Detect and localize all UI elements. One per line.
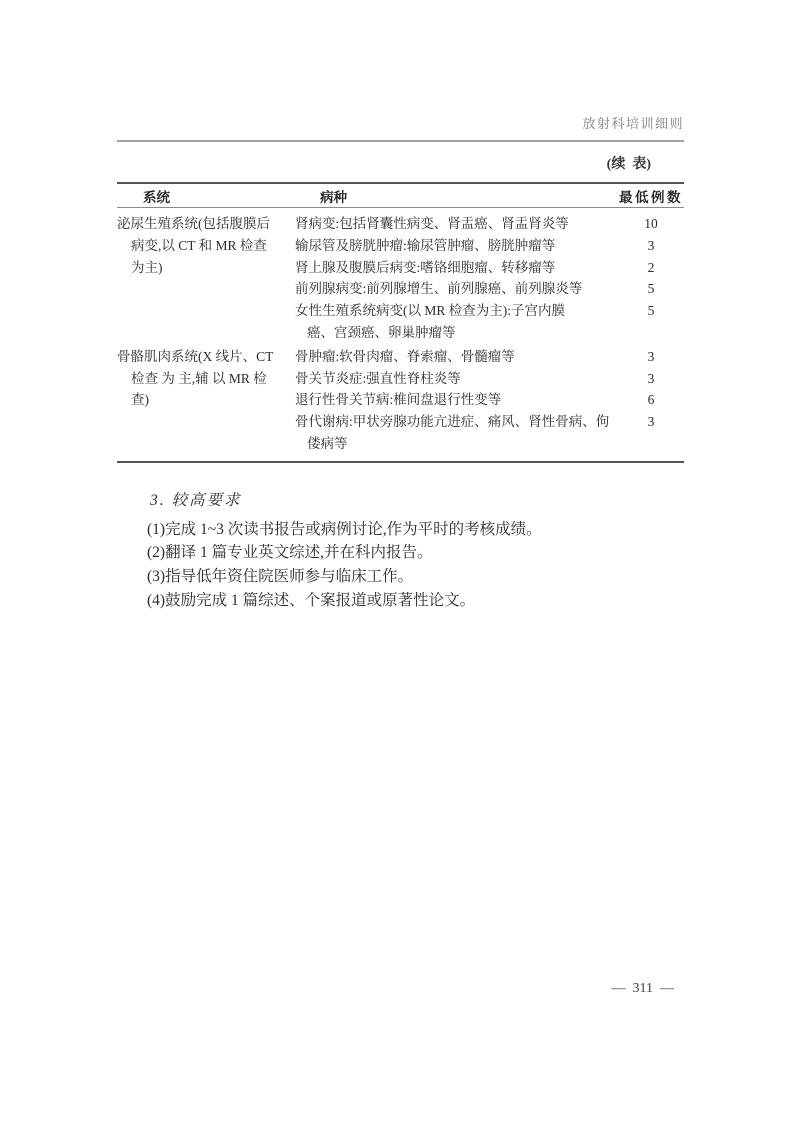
table-row: 输尿管及膀胱肿瘤:输尿管肿瘤、膀胱肿瘤等 3: [295, 235, 684, 257]
page-number: — 311 —: [612, 981, 674, 997]
table-row: 退行性骨关节病:椎间盘退行性变等 6: [295, 389, 684, 411]
disease-cell: 前列腺病变:前列腺增生、前列腺癌、前列腺炎等: [295, 278, 618, 300]
min-cases-cell: 10: [618, 213, 684, 235]
min-cases-cell: 2: [618, 257, 684, 279]
continued-table-label: (续 表): [117, 156, 684, 173]
running-header-text: 放射科培训细则: [582, 116, 684, 131]
section-heading: 3. 较高要求: [117, 492, 684, 509]
disease-cell: 女性生殖系统病变(以 MR 检查为主):子宫内膜 癌、宫颈癌、卵巢肿瘤等: [295, 300, 618, 344]
min-cases-cell: 6: [618, 389, 684, 411]
column-header-min-cases: 最低例数: [619, 186, 684, 206]
table-row: 肾上腺及腹膜后病变:嗜铬细胞瘤、转移瘤等 2: [295, 257, 684, 279]
requirement-item: (4)鼓励完成 1 篇综述、个案报道或原著性论文。: [117, 589, 684, 613]
column-header-disease: 病种: [295, 186, 619, 206]
system-cell: 泌尿生殖系统(包括腹膜后 病变,以 CT 和 MR 检查 为主): [117, 213, 295, 344]
min-cases-cell: 3: [618, 346, 684, 368]
table-group-musculoskeletal: 骨骼肌肉系统(X 线片、CT 检查 为 主,辅 以 MR 检 查) 骨肿瘤:软骨…: [117, 344, 684, 461]
table-group-urogenital: 泌尿生殖系统(包括腹膜后 病变,以 CT 和 MR 检查 为主) 肾病变:包括肾…: [117, 208, 684, 344]
requirements-section: 3. 较高要求 (1)完成 1~3 次读书报告或病例讨论,作为平时的考核成绩。 …: [117, 492, 684, 613]
column-header-system: 系统: [117, 186, 295, 206]
min-cases-cell: 5: [618, 278, 684, 300]
disease-cell: 骨肿瘤:软骨肉瘤、脊索瘤、骨髓瘤等: [295, 346, 618, 368]
table-row: 肾病变:包括肾囊性病变、肾盂癌、肾盂肾炎等 10: [295, 213, 684, 235]
running-header: 放射科培训细则: [117, 0, 684, 142]
requirement-item: (2)翻译 1 篇专业英文综述,并在科内报告。: [117, 541, 684, 565]
table-row: 骨代谢病:甲状旁腺功能亢进症、痛风、肾性骨病、佝 偻病等 3: [295, 411, 684, 455]
disease-cell: 骨关节炎症:强直性脊柱炎等: [295, 368, 618, 390]
table-row: 骨肿瘤:软骨肉瘤、脊索瘤、骨髓瘤等 3: [295, 346, 684, 368]
table-body: 泌尿生殖系统(包括腹膜后 病变,以 CT 和 MR 检查 为主) 肾病变:包括肾…: [117, 208, 684, 461]
min-cases-cell: 5: [618, 300, 684, 322]
min-cases-cell: 3: [618, 235, 684, 257]
table-row: 骨关节炎症:强直性脊柱炎等 3: [295, 368, 684, 390]
disease-cell: 退行性骨关节病:椎间盘退行性变等: [295, 389, 618, 411]
table-row: 女性生殖系统病变(以 MR 检查为主):子宫内膜 癌、宫颈癌、卵巢肿瘤等 5: [295, 300, 684, 344]
disease-rows: 肾病变:包括肾囊性病变、肾盂癌、肾盂肾炎等 10 输尿管及膀胱肿瘤:输尿管肿瘤、…: [295, 213, 684, 344]
requirement-item: (1)完成 1~3 次读书报告或病例讨论,作为平时的考核成绩。: [117, 518, 684, 542]
document-page: 放射科培训细则 (续 表) 系统 病种 最低例数 泌尿生殖系统(包括腹膜后 病变…: [0, 0, 800, 1131]
requirement-item: (3)指导低年资住院医师参与临床工作。: [117, 565, 684, 589]
table-row: 前列腺病变:前列腺增生、前列腺癌、前列腺炎等 5: [295, 278, 684, 300]
min-cases-cell: 3: [618, 411, 684, 433]
disease-cell: 骨代谢病:甲状旁腺功能亢进症、痛风、肾性骨病、佝 偻病等: [295, 411, 618, 455]
cases-table: 系统 病种 最低例数 泌尿生殖系统(包括腹膜后 病变,以 CT 和 MR 检查 …: [117, 182, 684, 463]
system-cell: 骨骼肌肉系统(X 线片、CT 检查 为 主,辅 以 MR 检 查): [117, 346, 295, 455]
disease-rows: 骨肿瘤:软骨肉瘤、脊索瘤、骨髓瘤等 3 骨关节炎症:强直性脊柱炎等 3 退行性骨…: [295, 346, 684, 455]
table-header-row: 系统 病种 最低例数: [117, 184, 684, 208]
page-content: 放射科培训细则 (续 表) 系统 病种 最低例数 泌尿生殖系统(包括腹膜后 病变…: [117, 0, 684, 613]
disease-cell: 肾上腺及腹膜后病变:嗜铬细胞瘤、转移瘤等: [295, 257, 618, 279]
disease-cell: 肾病变:包括肾囊性病变、肾盂癌、肾盂肾炎等: [295, 213, 618, 235]
min-cases-cell: 3: [618, 368, 684, 390]
disease-cell: 输尿管及膀胱肿瘤:输尿管肿瘤、膀胱肿瘤等: [295, 235, 618, 257]
